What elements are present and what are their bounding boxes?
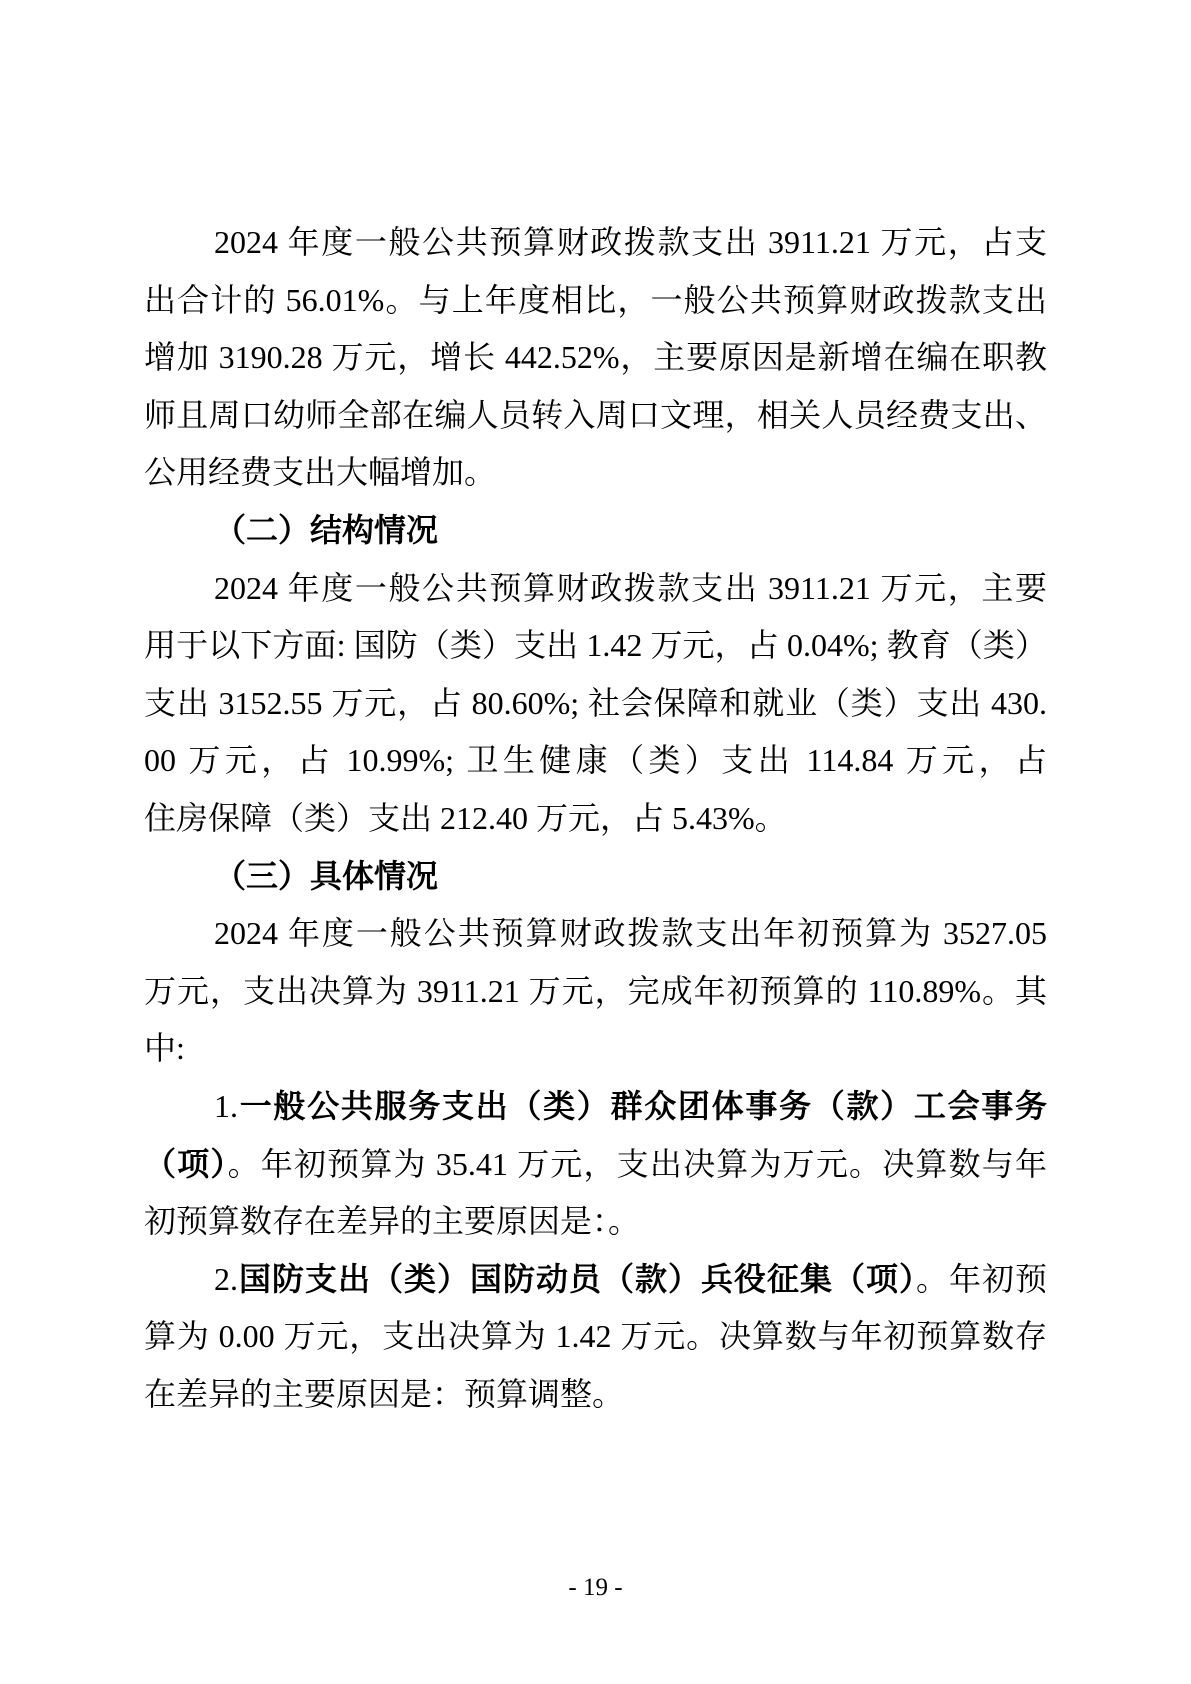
text-line: 用于以下方面: 国防（类）支出 1.42 万元，占 0.04%; 教育（类） (144, 617, 1047, 675)
text-line: 师且周口幼师全部在编人员转入周口文理，相关人员经费支出、 (144, 387, 1047, 445)
text-segment: 增加 3190.28 万元，增长 442.52%，主要原因是新增在编在职教 (144, 339, 1047, 375)
text-line: 在差异的主要原因是：预算调整。 (144, 1366, 1047, 1424)
text-line: （项）。年初预算为 35.41 万元，支出决算为万元。决算数与年 (144, 1136, 1047, 1194)
text-line: 万元，支出决算为 3911.21 万元，完成年初预算的 110.89%。其 (144, 963, 1047, 1021)
text-segment: 算为 0.00 万元，支出决算为 1.42 万元。决算数与年初预算数存 (144, 1318, 1047, 1354)
text-segment-bold: （三）具体情况 (214, 858, 438, 894)
text-line: 初预算数存在差异的主要原因是：。 (144, 1193, 1047, 1251)
text-line: 住房保障（类）支出 212.40 万元，占 5.43%。 (144, 790, 1047, 848)
document-body: 2024 年度一般公共预算财政拨款支出 3911.21 万元，占支出合计的 56… (144, 214, 1047, 1423)
text-segment: 中: (144, 1030, 185, 1066)
text-segment: 初预算数存在差异的主要原因是：。 (144, 1203, 640, 1239)
text-segment: 在差异的主要原因是：预算调整。 (144, 1376, 624, 1412)
text-line: 中: (144, 1020, 1047, 1078)
text-segment: 。年初预算为 35.41 万元，支出决算为万元。决算数与年 (228, 1146, 1047, 1182)
text-line: （二）结构情况 (144, 502, 1047, 560)
text-segment: 00 万元，占 10.99%; 卫生健康（类）支出 114.84 万元，占 2.… (144, 742, 1047, 790)
text-segment: 2. (214, 1261, 238, 1297)
text-segment: 支出 3152.55 万元，占 80.60%; 社会保障和就业（类）支出 430… (144, 685, 1047, 721)
text-line: 支出 3152.55 万元，占 80.60%; 社会保障和就业（类）支出 430… (144, 675, 1047, 733)
text-segment: 2024 年度一般公共预算财政拨款支出 3911.21 万元，主要 (214, 570, 1047, 606)
text-line: 2024 年度一般公共预算财政拨款支出年初预算为 3527.05 (144, 905, 1047, 963)
text-line: 公用经费支出大幅增加。 (144, 444, 1047, 502)
text-line: 2.国防支出（类）国防动员（款）兵役征集（项）。年初预 (144, 1251, 1047, 1309)
text-segment: 住房保障（类）支出 212.40 万元，占 5.43%。 (144, 800, 787, 836)
text-segment: 出合计的 56.01%。与上年度相比，一般公共预算财政拨款支出 (144, 282, 1047, 318)
text-line: （三）具体情况 (144, 848, 1047, 906)
text-segment: 师且周口幼师全部在编人员转入周口文理，相关人员经费支出、 (144, 397, 1047, 433)
text-segment: 1. (214, 1088, 238, 1124)
text-segment: 2024 年度一般公共预算财政拨款支出年初预算为 3527.05 (214, 915, 1047, 951)
text-segment-bold: （二）结构情况 (214, 512, 438, 548)
text-segment: 用于以下方面: 国防（类）支出 1.42 万元，占 0.04%; 教育（类） (144, 627, 1047, 663)
text-line: 2024 年度一般公共预算财政拨款支出 3911.21 万元，主要 (144, 560, 1047, 618)
page-number: - 19 - (0, 1572, 1191, 1604)
text-segment: 2024 年度一般公共预算财政拨款支出 3911.21 万元，占支 (214, 224, 1047, 260)
text-line: 增加 3190.28 万元，增长 442.52%，主要原因是新增在编在职教 (144, 329, 1047, 387)
text-segment-bold: 国防支出（类）国防动员（款）兵役征集（项） (238, 1261, 916, 1297)
text-line: 1.一般公共服务支出（类）群众团体事务（款）工会事务 (144, 1078, 1047, 1136)
text-segment: 万元，支出决算为 3911.21 万元，完成年初预算的 110.89%。其 (144, 973, 1047, 1009)
text-segment: 。年初预 (916, 1261, 1047, 1297)
text-line: 算为 0.00 万元，支出决算为 1.42 万元。决算数与年初预算数存 (144, 1308, 1047, 1366)
text-line: 00 万元，占 10.99%; 卫生健康（类）支出 114.84 万元，占 2.… (144, 732, 1047, 790)
text-line: 2024 年度一般公共预算财政拨款支出 3911.21 万元，占支 (144, 214, 1047, 272)
text-line: 出合计的 56.01%。与上年度相比，一般公共预算财政拨款支出 (144, 272, 1047, 330)
text-segment: 公用经费支出大幅增加。 (144, 454, 496, 490)
document-page: 2024 年度一般公共预算财政拨款支出 3911.21 万元，占支出合计的 56… (0, 0, 1191, 1684)
text-segment-bold: （项） (144, 1146, 228, 1182)
text-segment-bold: 一般公共服务支出（类）群众团体事务（款）工会事务 (238, 1088, 1047, 1124)
